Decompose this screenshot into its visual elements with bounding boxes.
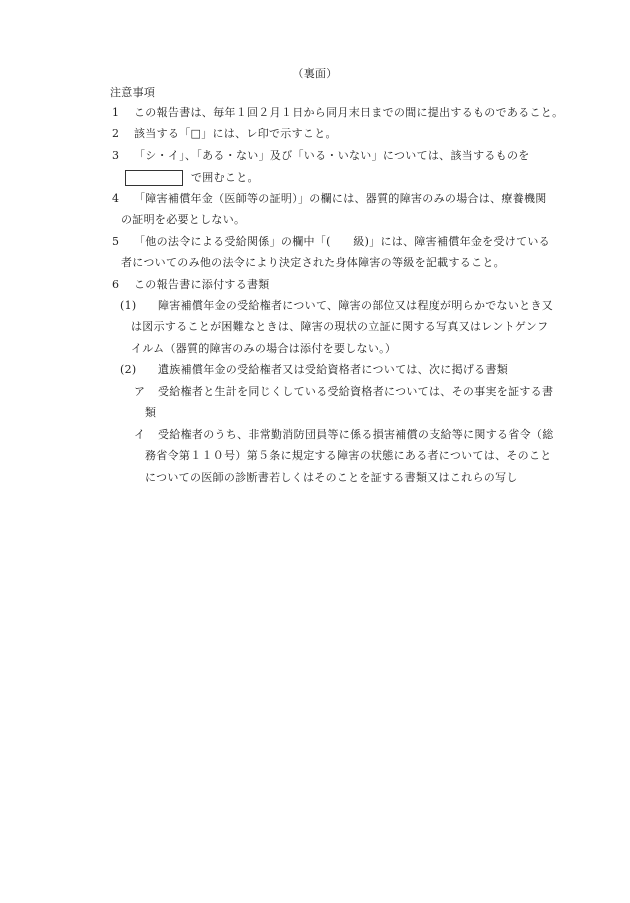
item-text: この報告書は、毎年１回２月１日から同月末日までの間に提出するものであること。	[134, 106, 563, 119]
note-item-2: 2該当する「□」には、レ印で示すこと。	[112, 127, 337, 141]
item-text: 「他の法令による受給関係」の欄中「( 級)」には、障害補償年金を受けている	[134, 235, 550, 248]
document-page: （裏面） 注意事項 1この報告書は、毎年１回２月１日から同月末日までの間に提出す…	[0, 0, 630, 903]
subsubitem-number: ア	[134, 385, 158, 399]
note-item-6: 6この報告書に添付する書類	[112, 278, 270, 292]
subitem-number: (1)	[120, 299, 158, 313]
note-item-1: 1この報告書は、毎年１回２月１日から同月末日までの間に提出するものであること。	[112, 106, 563, 120]
subsubitem-number: イ	[134, 428, 158, 442]
item-number: 3	[112, 149, 134, 163]
note-item-5: 5「他の法令による受給関係」の欄中「( 級)」には、障害補償年金を受けている	[112, 235, 550, 249]
item-text-continued: 者についてのみ他の法令により決定された身体障害の等級を記載すること。	[121, 256, 505, 270]
subsubitem-text-continued: についての医師の診断書若しくはそのことを証する書類又はこれらの写し	[145, 471, 518, 485]
subsubitem-text: 受給権者と生計を同じくしている受給資格者については、その事実を証する書	[158, 385, 553, 398]
note-item-4: 4「障害補償年金（医師等の証明）」の欄には、器質的障害のみの場合は、療養機関	[112, 192, 547, 206]
item-number: 6	[112, 278, 134, 292]
subitem-text-continued: イルム（器質的障害のみの場合は添付を要しない。）	[131, 342, 396, 356]
item-number: 2	[112, 127, 134, 141]
subitem-2: (2)遺族補償年金の受給権者又は受給資格者については、次に掲げる書類	[120, 363, 508, 377]
enclosure-box-example	[125, 170, 183, 186]
item-number: 1	[112, 106, 134, 120]
item-text: 「障害補償年金（医師等の証明）」の欄には、器質的障害のみの場合は、療養機関	[134, 192, 547, 205]
subitem-text-continued: は図示することが困難なときは、障害の現状の立証に関する写真又はレントゲンフ	[131, 320, 548, 334]
item-text: 該当する「□」には、レ印で示すこと。	[134, 127, 337, 140]
item-text: 「シ・イ」、「ある・ない」及び「いる・いない」については、該当するものを	[134, 149, 530, 162]
notes-heading: 注意事項	[110, 86, 155, 100]
subsubitem-a: ア受給権者と生計を同じくしている受給資格者については、その事実を証する書	[134, 385, 553, 399]
subitem-text: 遺族補償年金の受給権者又は受給資格者については、次に掲げる書類	[158, 363, 508, 376]
item-number: 4	[112, 192, 134, 206]
subitem-number: (2)	[120, 363, 158, 377]
item-text-continued: で囲むこと。	[191, 171, 259, 185]
subsubitem-i: イ受給権者のうち、非常勤消防団員等に係る損害補償の支給等に関する省令（総	[134, 428, 554, 442]
item-text: この報告書に添付する書類	[134, 278, 270, 291]
page-title: （裏面）	[0, 67, 630, 81]
note-item-3: 3「シ・イ」、「ある・ない」及び「いる・いない」については、該当するものを	[112, 149, 530, 163]
subsubitem-text-continued: 類	[145, 406, 156, 420]
subitem-1: (1)障害補償年金の受給権者について、障害の部位又は程度が明らかでないとき又	[120, 299, 553, 313]
item-number: 5	[112, 235, 134, 249]
subitem-text: 障害補償年金の受給権者について、障害の部位又は程度が明らかでないとき又	[158, 299, 553, 312]
item-text-continued: の証明を必要としない。	[121, 213, 245, 227]
subsubitem-text: 受給権者のうち、非常勤消防団員等に係る損害補償の支給等に関する省令（総	[158, 428, 554, 441]
subsubitem-text-continued: 務省令第１１０号）第５条に規定する障害の状態にある者については、そのこと	[145, 449, 552, 463]
